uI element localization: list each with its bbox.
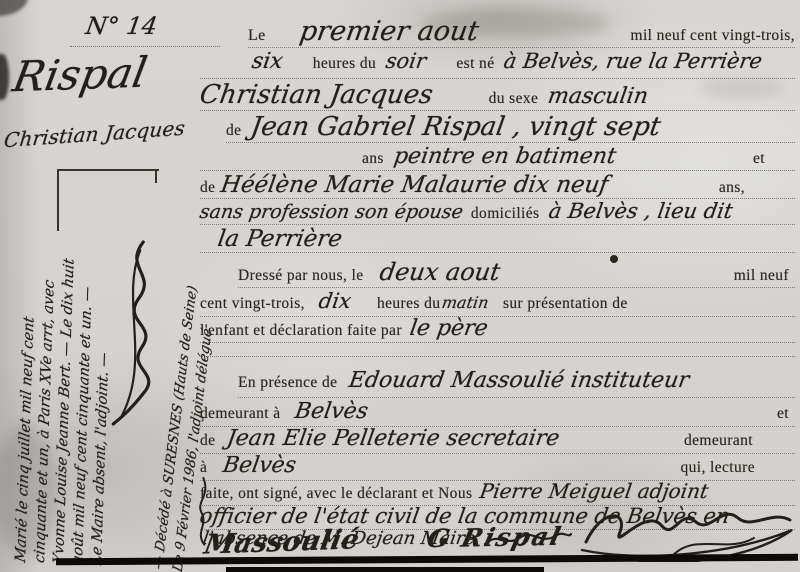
hw-child-names: Christian Jacques <box>198 80 435 110</box>
hw-witness1-town: Belvès <box>293 399 370 424</box>
margin-note-bracket-tick <box>155 169 157 183</box>
hw-lieu-dit: la Perrière <box>216 226 344 252</box>
hw-witness1: Edouard Massoulié instituteur <box>347 368 691 393</box>
birth-certificate-scan: N° 14 Rispal Christian Jacques Marié le … <box>0 0 800 572</box>
print-dresse-par-nous: Dressé par nous, le <box>238 267 364 285</box>
print-qui-lecture: qui, lecture <box>680 459 755 477</box>
margin-given-names: Christian Jacques <box>5 122 184 146</box>
hw-witness2: Jean Elie Pelleterie secretaire <box>225 426 561 451</box>
hw-sex: masculin <box>546 84 650 109</box>
print-year: mil neuf cent vingt-trois, <box>630 27 795 45</box>
print-et: et <box>777 405 789 423</box>
form-line-father-profession: ans peintre en batiment et <box>200 144 795 171</box>
hw-father-name-age: Jean Gabriel Rispal , vingt sept <box>249 112 663 142</box>
hw-period: soir <box>384 49 428 73</box>
bottom-edge-strip <box>226 567 544 572</box>
print-ans: ans <box>362 150 384 168</box>
print-en-presence: En présence de <box>238 374 337 392</box>
act-number-line: N° 14 <box>70 12 220 47</box>
form-line-witness2: de Jean Elie Pelleterie secretaire demeu… <box>200 426 795 454</box>
print-domicilies: domiciliés <box>471 205 540 223</box>
hw-hour: six <box>250 49 285 74</box>
act-number: N° 14 <box>84 12 160 40</box>
hw-declarant: le père <box>408 316 490 341</box>
hw-domicile: à Belvès , lieu dit <box>548 199 735 223</box>
hw-mother-profession: sans profession son épouse <box>198 201 464 223</box>
print-de: de <box>200 179 215 197</box>
print-a: à <box>200 459 207 477</box>
witness-signature: Massoulié <box>205 527 358 558</box>
form-line-witness1: En présence de Edouard Massoulié institu… <box>238 368 795 398</box>
form-line-domicile: sans profession son épouse domiciliés à … <box>200 199 795 225</box>
form-line-blank <box>200 348 795 357</box>
form-line-child-name: Christian Jacques du sexe masculin <box>200 80 795 111</box>
hw-witness2-town: Belvès <box>221 453 298 478</box>
print-demeurant: demeurant <box>684 432 753 450</box>
print-de: de <box>226 122 241 140</box>
print-du-sexe: du sexe <box>489 90 539 108</box>
form-line-mother: de Héélène Marie Malaurie dix neuf ans, <box>200 172 795 199</box>
print-heures-du: heures du <box>313 55 376 73</box>
print-et: et <box>753 150 765 168</box>
hw-father-profession: peintre en batiment <box>392 144 618 169</box>
form-line-hour-place: six heures du soir est né à Belvès, rue … <box>200 49 795 79</box>
margin-surname: Rispal <box>14 50 146 99</box>
print-heures-du: heures du <box>377 295 440 313</box>
print-de: de <box>200 432 215 450</box>
form-line-declaration: l'enfant et déclaration faite par le pèr… <box>200 316 795 343</box>
form-line-act-hour: cent vingt-trois, dix heures du matin su… <box>200 289 795 317</box>
print-cent-vingt-trois: cent vingt-trois, <box>200 295 305 313</box>
adjoint-signature-flourish <box>576 498 798 562</box>
form-line-dresse: Dressé par nous, le deux aout mil neuf <box>238 258 795 288</box>
hw-act-date: deux aout <box>377 258 501 286</box>
print-enfant-declaration: l'enfant et déclaration faite par <box>200 322 402 340</box>
print-ans: ans, <box>719 179 745 197</box>
form-line-lieu-dit: la Perrière <box>200 226 795 253</box>
hw-birth-date: premier aout <box>297 16 480 47</box>
print-demeurant-a: demeurant à <box>200 405 281 423</box>
print-sur-presentation: sur présentation de <box>503 295 628 313</box>
hw-act-hour: dix <box>317 289 353 313</box>
form-line-witness2-domicile: à Belvès qui, lecture <box>200 453 795 481</box>
form-line-father: de Jean Gabriel Rispal , vingt sept <box>226 112 795 143</box>
hw-act-period: matin <box>441 293 491 312</box>
form-line-witness1-domicile: demeurant à Belvès et <box>200 399 795 427</box>
form-line-date: Le premier aout mil neuf cent vingt-troi… <box>248 16 795 48</box>
print-faite-ont-signe: faite, ont signé, avec le déclarant et N… <box>200 485 472 503</box>
hw-birth-place: à Belvès, rue la Perrière <box>503 49 765 73</box>
hw-mother-name-age: Héélène Marie Malaurie dix neuf <box>219 172 610 198</box>
print-est-ne: est né <box>456 55 494 73</box>
declarant-signature: G Rispal <box>428 523 562 552</box>
print-le: Le <box>248 27 266 45</box>
scan-edge-mark <box>0 54 9 100</box>
scan-corner-mark <box>0 0 28 16</box>
print-mil-neuf: mil neuf <box>734 267 789 285</box>
